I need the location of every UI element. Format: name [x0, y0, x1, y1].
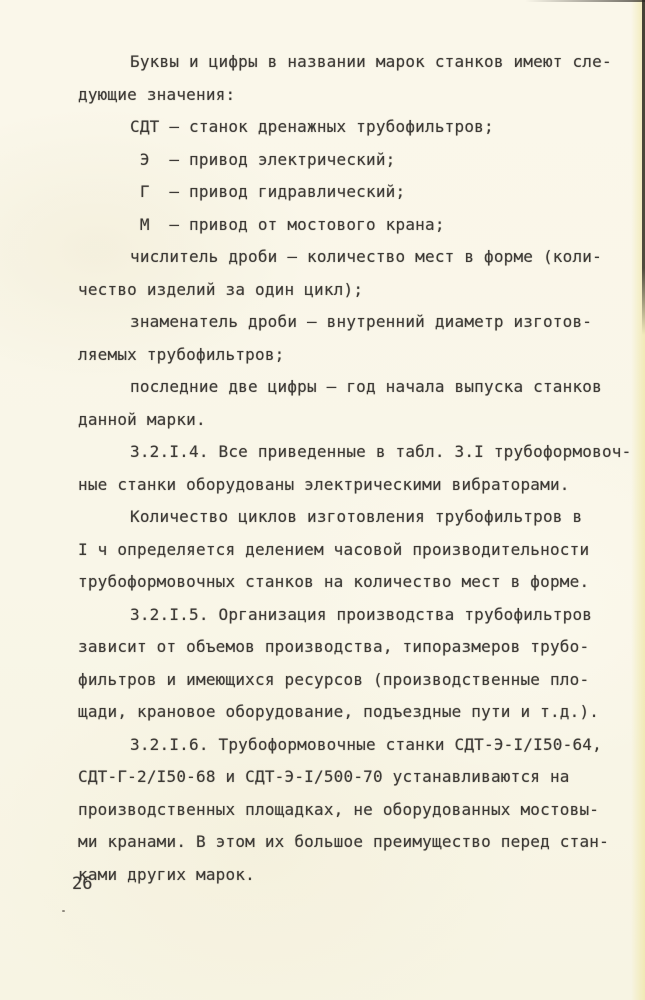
page-number: 26	[72, 874, 92, 894]
text-line: числитель дроби – количество мест в форм…	[78, 241, 623, 274]
text-line: Количество циклов изготовления трубофиль…	[78, 501, 623, 534]
scanned-page: Буквы и цифры в названии марок станков и…	[0, 0, 645, 1000]
text-line: ные станки оборудованы электрическими ви…	[78, 469, 623, 502]
text-line: СДТ-Г-2/I50-68 и СДТ-Э-I/500-70 устанавл…	[78, 761, 623, 794]
document-lines: Буквы и цифры в названии марок станков и…	[78, 46, 623, 891]
text-line: последние две цифры – год начала выпуска…	[78, 371, 623, 404]
text-line: чество изделий за один цикл);	[78, 274, 623, 307]
text-line: 3.2.I.4. Все приведенные в табл. 3.I тру…	[78, 436, 623, 469]
text-line: СДТ – станок дренажных трубофильтров;	[78, 111, 623, 144]
text-line: Буквы и цифры в названии марок станков и…	[78, 46, 623, 79]
text-line: I ч определяется делением часовой произв…	[78, 534, 623, 567]
scan-speck	[62, 910, 65, 912]
scan-edge-yellow-band	[631, 0, 645, 1000]
text-line: производственных площадках, не оборудова…	[78, 794, 623, 827]
text-line: Э – привод электрический;	[78, 144, 623, 177]
text-line: Г – привод гидравлический;	[78, 176, 623, 209]
text-line: данной марки.	[78, 404, 623, 437]
text-line: знаменатель дроби – внутренний диаметр и…	[78, 306, 623, 339]
text-line: 3.2.I.5. Организация производства трубоф…	[78, 599, 623, 632]
text-line: ми кранами. В этом их большое преимущест…	[78, 826, 623, 859]
text-line: 3.2.I.6. Трубоформовочные станки СДТ-Э-I…	[78, 729, 623, 762]
text-line: дующие значения:	[78, 79, 623, 112]
text-line: щади, крановое оборудование, подъездные …	[78, 696, 623, 729]
text-line: М – привод от мостового крана;	[78, 209, 623, 242]
text-line: ляемых трубофильтров;	[78, 339, 623, 372]
text-line: трубоформовочных станков на количество м…	[78, 566, 623, 599]
text-line: фильтров и имеющихся ресурсов (производс…	[78, 664, 623, 697]
text-line: ками других марок.	[78, 859, 623, 892]
text-line: зависит от объемов производства, типораз…	[78, 631, 623, 664]
scan-edge-dark-artifact-top	[525, 0, 645, 2]
